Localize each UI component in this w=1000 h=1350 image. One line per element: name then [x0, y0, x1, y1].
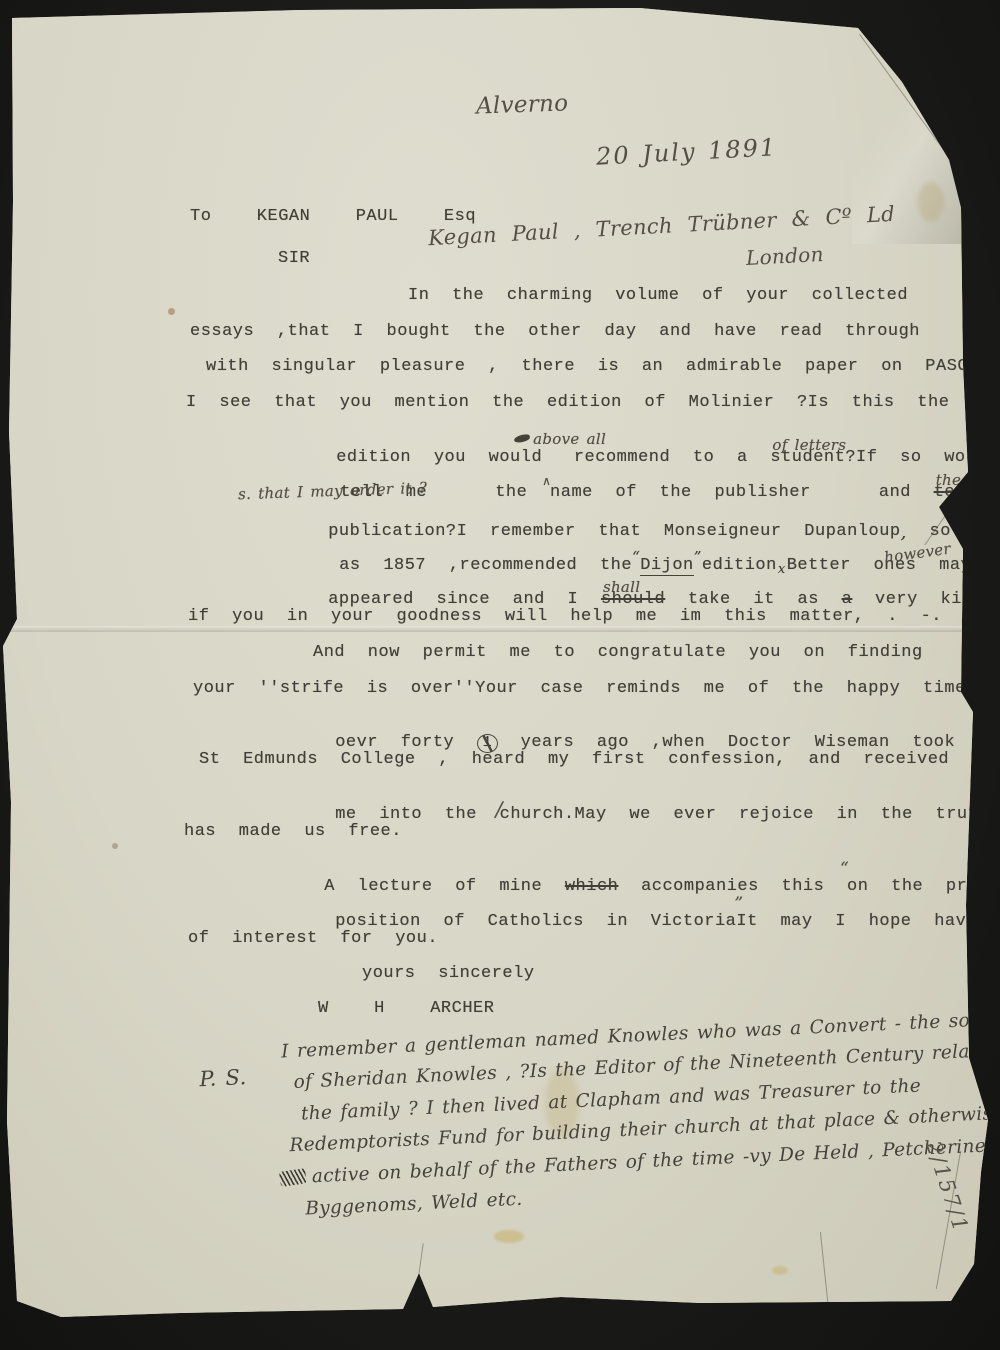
typed-text: .May we ever rejoice in the truth which	[564, 805, 1000, 824]
handwritten-quote: “	[632, 548, 640, 566]
handwritten-quote: ”	[734, 894, 743, 914]
signature: W H ARCHER	[318, 999, 494, 1018]
typed-line: has made us free.	[184, 822, 402, 841]
typed-line: your ''strife is over''Your case reminds…	[193, 679, 966, 698]
handwritten-correction: shall	[603, 578, 640, 596]
handwritten-quote: ”	[694, 548, 702, 566]
handwritten-correction: the	[936, 471, 961, 489]
paper-crack	[413, 1243, 423, 1310]
typed-text: year of	[955, 483, 1000, 502]
stain	[772, 1266, 788, 1275]
stain	[168, 308, 175, 315]
typed-text: It may I hope havesomething	[736, 912, 1000, 931]
salutation: SIR	[278, 249, 310, 268]
handwritten-insertion: above all	[514, 430, 606, 448]
handwritten-place: Alverno	[476, 90, 569, 119]
typed-line: St Edmunds College , heard my first conf…	[199, 750, 949, 769]
closing: yours sincerely	[362, 964, 535, 983]
ps-label: P. S.	[199, 1065, 247, 1091]
ink-blot	[514, 433, 531, 443]
handwritten-firm: Kegan Paul , Trench Trübner & Cº Ld	[428, 202, 896, 250]
scribbled-out-word	[279, 1168, 307, 1187]
stain	[112, 843, 118, 849]
ps-line: Byggenoms, Weld etc.	[305, 1189, 523, 1220]
stain	[494, 1230, 524, 1243]
annotated-word: ∕church	[500, 805, 564, 824]
letter-paper: Alverno 20 July 1891 Kegan Paul , Trench…	[0, 0, 1000, 1350]
handwritten-date: 20 July 1891	[595, 133, 777, 170]
handwritten-insertion: of letters	[772, 436, 846, 454]
typed-line: And now permit me to congratulate you on…	[313, 643, 923, 662]
typed-line: with singular pleasure , there is an adm…	[206, 357, 990, 376]
typed-line: I see that you mention the edition of Mo…	[186, 393, 949, 412]
typed-line: if you in your goodness will help me im …	[188, 607, 942, 626]
scan-background: Alverno 20 July 1891 Kegan Paul , Trench…	[0, 0, 1000, 1350]
capitalization-mark: ∕	[496, 797, 503, 821]
postscript: P. S. I remember a gentleman named Knowl…	[186, 1010, 974, 1245]
handwritten-insertion: you	[990, 430, 1000, 448]
typed-line: of interest for you.	[188, 929, 438, 948]
typed-line: essays ,that I bought the other day and …	[190, 322, 920, 341]
paper-crack	[820, 1232, 829, 1310]
stain	[918, 182, 944, 222]
addressee-line: To KEGAN PAUL Esq	[190, 207, 476, 226]
handwritten-quote: “	[840, 859, 849, 879]
handwritten-city: London	[745, 242, 824, 270]
typed-line: In the charming volume of your collected	[408, 286, 908, 305]
